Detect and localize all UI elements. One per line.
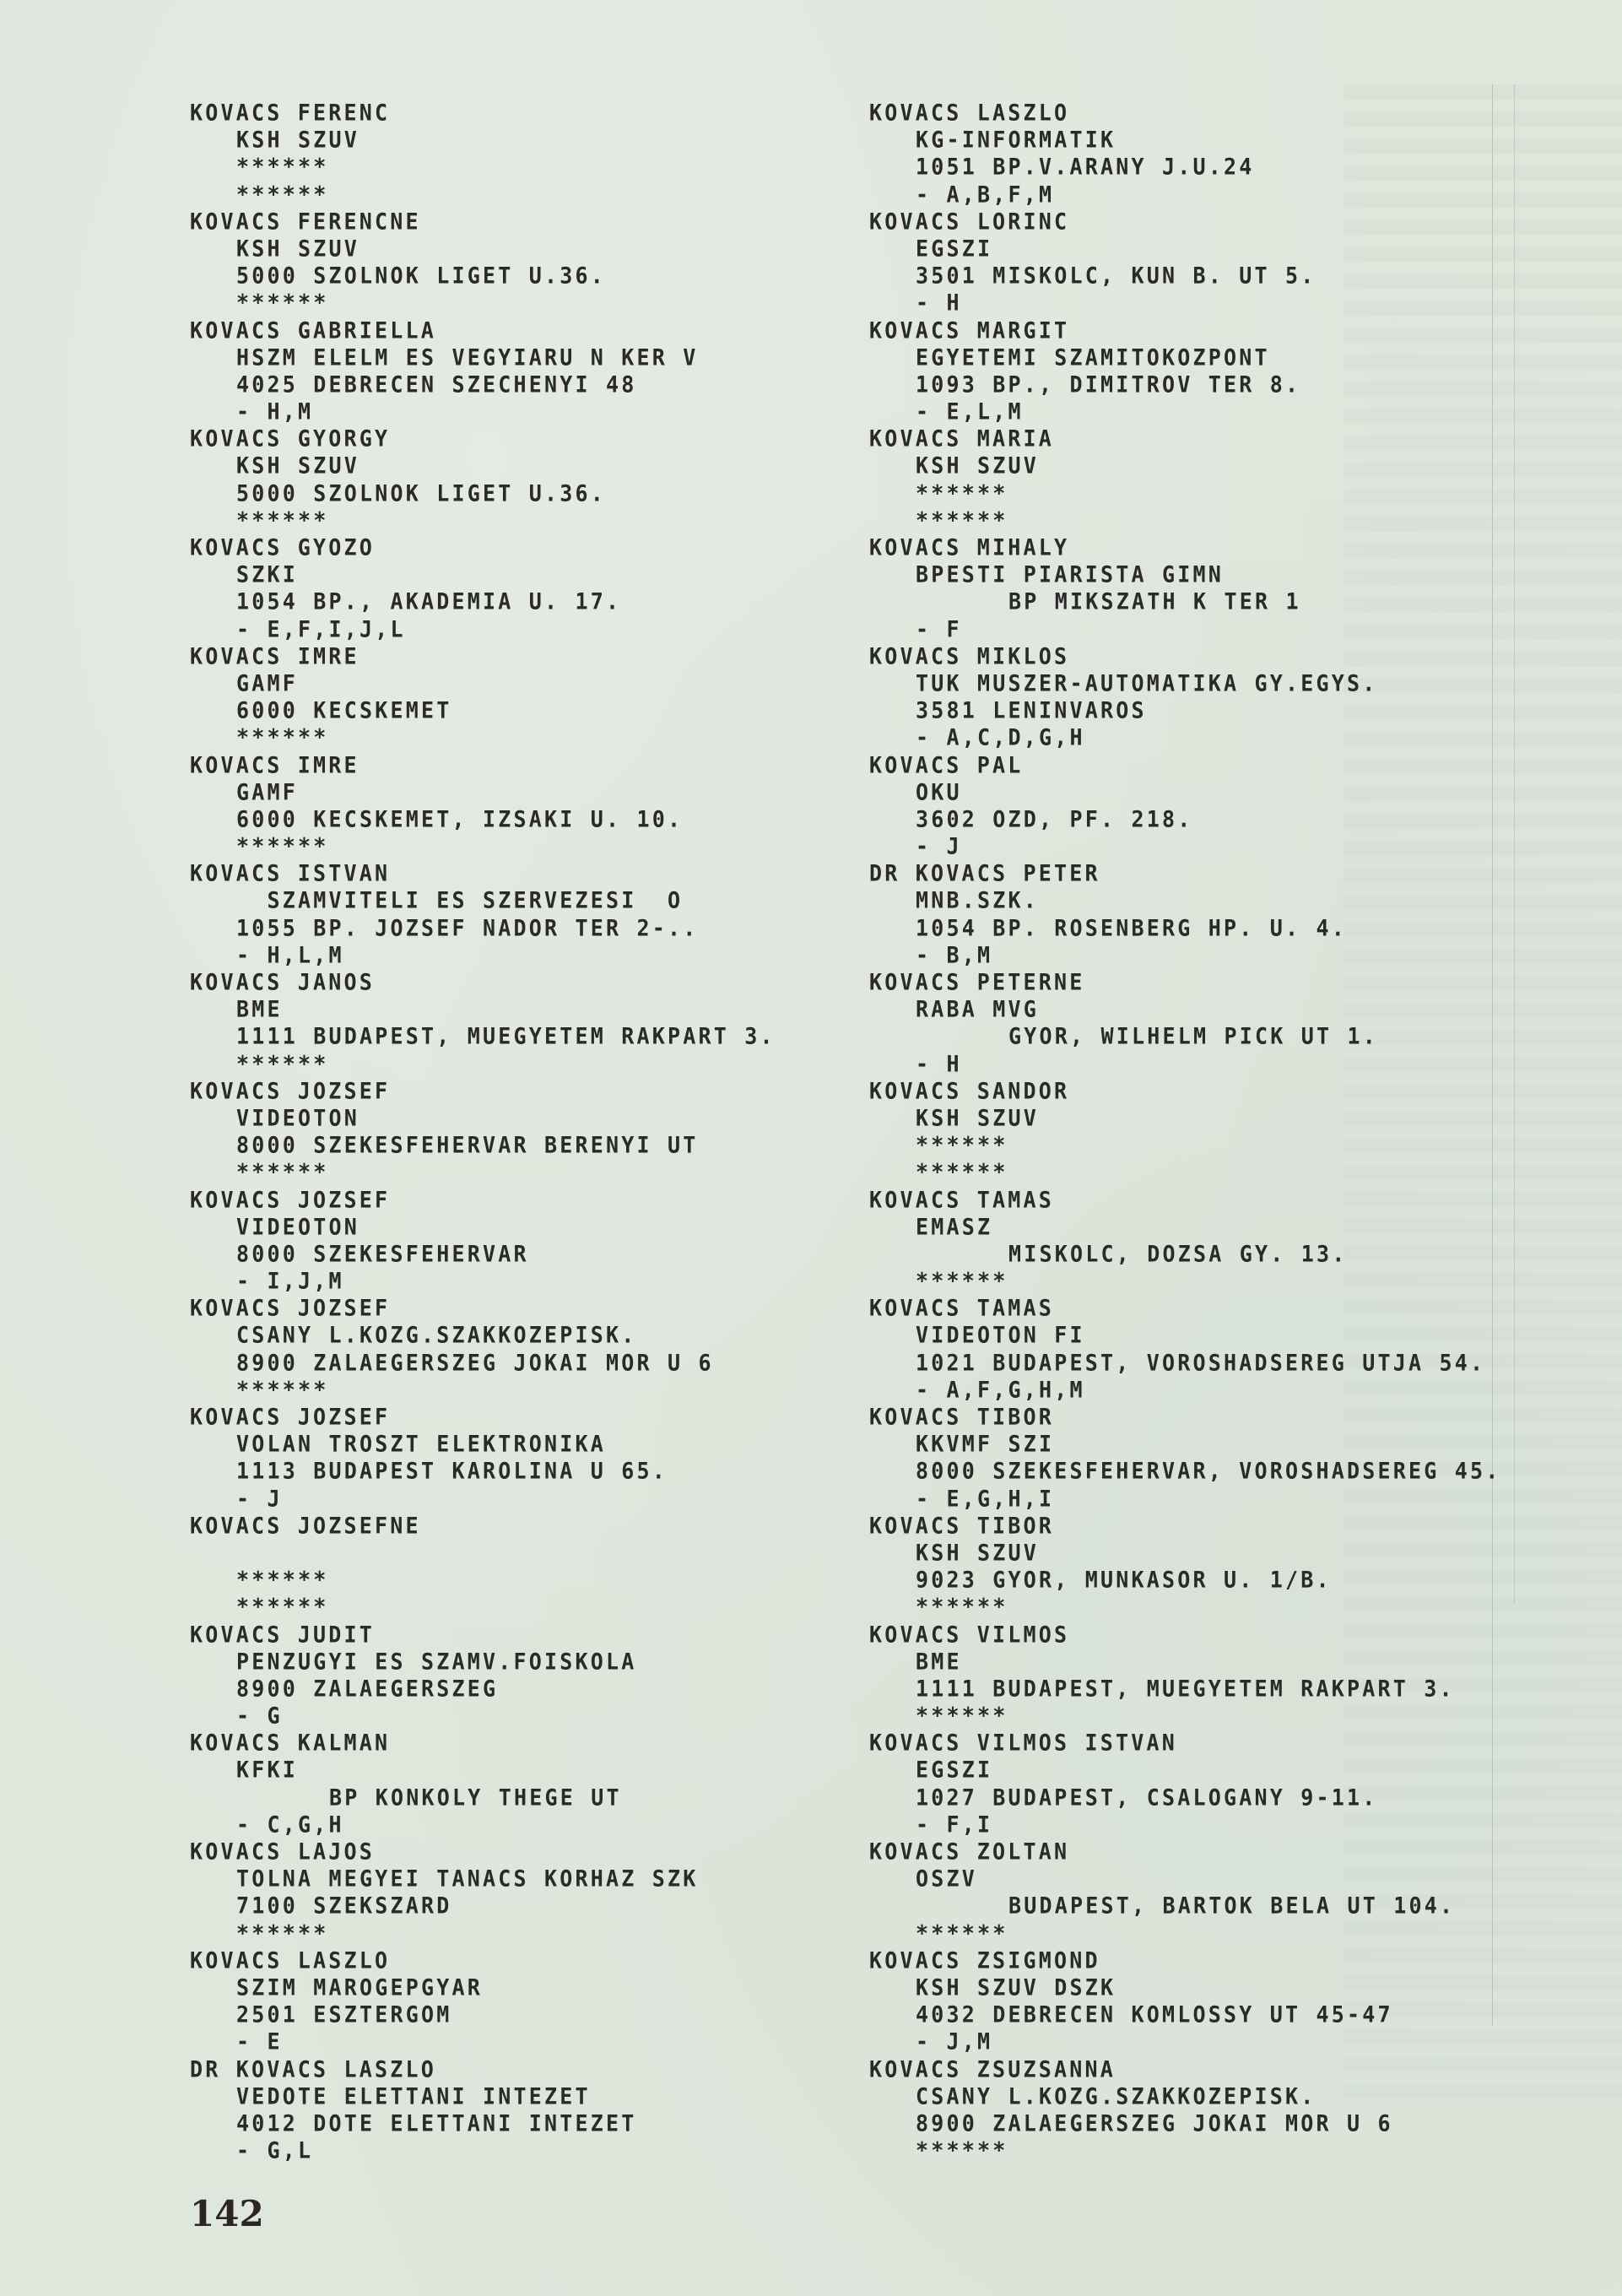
entry-detail: MISKOLC, DOZSA GY. 13. <box>869 1240 1544 1269</box>
entry-detail: ****** <box>190 1920 848 1948</box>
entry-detail: ****** <box>190 154 848 182</box>
entry-detail: - E,G,H,I <box>869 1485 1544 1514</box>
entry-detail: KSH SZUV DSZK <box>869 1974 1544 2002</box>
entry-detail: GAMF <box>190 669 848 698</box>
directory-column-left: KOVACS FERENCKSH SZUV************KOVACS … <box>190 100 848 2164</box>
entry-detail: 1054 BP. ROSENBERG HP. U. 4. <box>869 914 1544 943</box>
entry-detail: ****** <box>869 479 1544 508</box>
entry-detail: EGSZI <box>869 235 1544 263</box>
entry-detail: ****** <box>190 181 848 209</box>
entry-detail: 8000 SZEKESFEHERVAR <box>190 1240 848 1269</box>
entry-name: KOVACS IMRE <box>190 642 848 671</box>
entry-name: KOVACS TIBOR <box>869 1512 1544 1541</box>
entry-name: KOVACS MIHALY <box>869 533 1544 562</box>
entry-name: KOVACS FERENC <box>190 99 848 127</box>
directory-column-right: KOVACS LASZLOKG-INFORMATIK1051 BP.V.ARAN… <box>869 100 1544 2164</box>
entry-name: KOVACS JOZSEF <box>190 1294 848 1323</box>
entry-detail: 1021 BUDAPEST, VOROSHADSEREG UTJA 54. <box>869 1349 1544 1378</box>
entry-detail: 2501 ESZTERGOM <box>190 2001 848 2029</box>
entry-detail: 1051 BP.V.ARANY J.U.24 <box>869 154 1544 182</box>
entry-detail: TUK MUSZER-AUTOMATIKA GY.EGYS. <box>869 669 1544 698</box>
entry-detail: 4025 DEBRECEN SZECHENYI 48 <box>190 371 848 399</box>
entry-detail: MNB.SZK. <box>869 887 1544 916</box>
entry-detail: 8000 SZEKESFEHERVAR BERENYI UT <box>190 1131 848 1160</box>
entry-detail: 1111 BUDAPEST, MUEGYETEM RAKPART 3. <box>190 1023 848 1052</box>
entry-detail: 1113 BUDAPEST KAROLINA U 65. <box>190 1458 848 1486</box>
entry-detail: BPESTI PIARISTA GIMN <box>869 560 1544 589</box>
entry-detail: BUDAPEST, BARTOK BELA UT 104. <box>869 1893 1544 1921</box>
entry-detail: - G,L <box>190 2136 848 2165</box>
entry-detail: KSH SZUV <box>190 235 848 263</box>
entry-detail: - G <box>190 1702 848 1730</box>
entry-name: KOVACS LASZLO <box>190 1947 848 1975</box>
entry-name: KOVACS ZOLTAN <box>869 1838 1544 1866</box>
entry-detail: ****** <box>190 1050 848 1079</box>
entry-detail: ****** <box>869 1267 1544 1296</box>
entry-detail: - I,J,M <box>190 1267 848 1296</box>
entry-name: KOVACS TAMAS <box>869 1186 1544 1215</box>
entry-detail: 7100 SZEKSZARD <box>190 1893 848 1921</box>
entry-name: KOVACS KALMAN <box>190 1729 848 1757</box>
entry-name: KOVACS TAMAS <box>869 1294 1544 1323</box>
entry-detail: BP MIKSZATH K TER 1 <box>869 588 1544 617</box>
entry-detail: HSZM ELELM ES VEGYIARU N KER V <box>190 344 848 372</box>
entry-detail: - F,I <box>869 1811 1544 1839</box>
entry-name: KOVACS LASZLO <box>869 99 1544 127</box>
entry-name: KOVACS GYORGY <box>190 425 848 453</box>
entry-detail: - C,G,H <box>190 1811 848 1839</box>
entry-detail: VIDEOTON <box>190 1213 848 1242</box>
entry-detail: VIDEOTON <box>190 1104 848 1133</box>
entry-detail: 1111 BUDAPEST, MUEGYETEM RAKPART 3. <box>869 1675 1544 1703</box>
entry-detail: - E,F,I,J,L <box>190 615 848 644</box>
entry-name: KOVACS ZSUZSANNA <box>869 2055 1544 2084</box>
entry-detail: 4012 DOTE ELETTANI INTEZET <box>190 2109 848 2138</box>
entry-name: KOVACS PETERNE <box>869 968 1544 997</box>
entry-detail: - H,M <box>190 398 848 426</box>
entry-detail: 5000 SZOLNOK LIGET U.36. <box>190 479 848 508</box>
entry-name: KOVACS ISTVAN <box>190 859 848 888</box>
entry-detail: BP KONKOLY THEGE UT <box>190 1784 848 1812</box>
entry-detail: RABA MVG <box>869 995 1544 1024</box>
entry-detail: ****** <box>190 1566 848 1595</box>
entry-detail: KSH SZUV <box>190 452 848 481</box>
entry-name: KOVACS FERENCNE <box>190 208 848 236</box>
entry-detail: GYOR, WILHELM PICK UT 1. <box>869 1023 1544 1052</box>
entry-name: KOVACS PAL <box>869 751 1544 780</box>
entry-detail: TOLNA MEGYEI TANACS KORHAZ SZK <box>190 1865 848 1893</box>
entry-detail: ****** <box>190 1159 848 1188</box>
entry-name: KOVACS GABRIELLA <box>190 317 848 345</box>
page-number: 142 <box>190 2193 264 2234</box>
entry-detail: KG-INFORMATIK <box>869 126 1544 154</box>
entry-name: KOVACS MARIA <box>869 425 1544 453</box>
entry-name: KOVACS JOZSEF <box>190 1403 848 1432</box>
entry-detail: KSH SZUV <box>869 1104 1544 1133</box>
entry-name: KOVACS GYOZO <box>190 533 848 562</box>
entry-detail: - H <box>869 290 1544 318</box>
entry-detail: ****** <box>869 2136 1544 2165</box>
entry-name: KOVACS JOZSEFNE <box>190 1512 848 1541</box>
entry-detail: - E,L,M <box>869 398 1544 426</box>
entry-detail: 8000 SZEKESFEHERVAR, VOROSHADSEREG 45. <box>869 1458 1544 1486</box>
entry-name: KOVACS SANDOR <box>869 1077 1544 1106</box>
entry-detail: 6000 KECSKEMET, IZSAKI U. 10. <box>190 805 848 834</box>
entry-detail: 1093 BP., DIMITROV TER 8. <box>869 371 1544 399</box>
entry-detail: - J <box>190 1485 848 1514</box>
entry-detail: EMASZ <box>869 1213 1544 1242</box>
entry-detail: VIDEOTON FI <box>869 1322 1544 1351</box>
entry-name: KOVACS ZSIGMOND <box>869 1947 1544 1975</box>
entry-detail: ****** <box>869 1702 1544 1730</box>
entry-detail: SZIM MAROGEPGYAR <box>190 1974 848 2002</box>
entry-detail: ****** <box>190 1376 848 1405</box>
entry-detail: 1055 BP. JOZSEF NADOR TER 2-.. <box>190 914 848 943</box>
entry-detail: 3501 MISKOLC, KUN B. UT 5. <box>869 262 1544 290</box>
entry-detail: - H,L,M <box>190 941 848 970</box>
entry-detail: 3581 LENINVAROS <box>869 696 1544 725</box>
entry-detail: - J <box>869 832 1544 861</box>
entry-detail: OKU <box>869 778 1544 807</box>
entry-detail: ****** <box>190 832 848 861</box>
entry-name: DR KOVACS LASZLO <box>190 2055 848 2084</box>
entry-name: KOVACS LAJOS <box>190 1838 848 1866</box>
entry-detail: KSH SZUV <box>869 1539 1544 1568</box>
entry-detail: - A,B,F,M <box>869 181 1544 209</box>
entry-name: KOVACS VILMOS <box>869 1621 1544 1649</box>
entry-detail: EGYETEMI SZAMITOKOZPONT <box>869 344 1544 372</box>
entry-detail: KSH SZUV <box>190 126 848 154</box>
entry-name: KOVACS JANOS <box>190 968 848 997</box>
entry-name: KOVACS TIBOR <box>869 1403 1544 1432</box>
entry-detail: - F <box>869 615 1544 644</box>
entry-name: KOVACS VILMOS ISTVAN <box>869 1729 1544 1757</box>
entry-name: KOVACS JOZSEF <box>190 1077 848 1106</box>
entry-detail: ****** <box>190 1594 848 1622</box>
entry-detail: 9023 GYOR, MUNKASOR U. 1/B. <box>869 1566 1544 1595</box>
entry-detail: 3602 OZD, PF. 218. <box>869 805 1544 834</box>
entry-detail: BME <box>190 995 848 1024</box>
entry-detail: KFKI <box>190 1757 848 1785</box>
entry-name: KOVACS IMRE <box>190 751 848 780</box>
entry-detail: ****** <box>190 506 848 535</box>
entry-detail: - J,M <box>869 2028 1544 2057</box>
entry-detail: ****** <box>869 1920 1544 1948</box>
entry-detail: ****** <box>869 1131 1544 1160</box>
entry-name: KOVACS JOZSEF <box>190 1186 848 1215</box>
entry-name: KOVACS LORINC <box>869 208 1544 236</box>
entry-detail: - E <box>190 2028 848 2057</box>
entry-detail: - B,M <box>869 941 1544 970</box>
entry-name: DR KOVACS PETER <box>869 859 1544 888</box>
entry-detail: KSH SZUV <box>869 452 1544 481</box>
entry-detail: CSANY L.KOZG.SZAKKOZEPISK. <box>869 2082 1544 2111</box>
entry-detail: 5000 SZOLNOK LIGET U.36. <box>190 262 848 290</box>
entry-name: KOVACS MIKLOS <box>869 642 1544 671</box>
entry-detail: ****** <box>869 1594 1544 1622</box>
entry-detail: ****** <box>190 724 848 753</box>
entry-name: KOVACS JUDIT <box>190 1621 848 1649</box>
entry-detail: - A,C,D,G,H <box>869 724 1544 753</box>
entry-detail: GAMF <box>190 778 848 807</box>
entry-detail: BME <box>869 1648 1544 1676</box>
entry-detail: SZAMVITELI ES SZERVEZESI O <box>190 887 848 916</box>
entry-detail: ****** <box>869 1159 1544 1188</box>
entry-detail: 8900 ZALAEGERSZEG JOKAI MOR U 6 <box>190 1349 848 1378</box>
entry-detail: SZKI <box>190 560 848 589</box>
entry-detail: 4032 DEBRECEN KOMLOSSY UT 45-47 <box>869 2001 1544 2029</box>
entry-detail: PENZUGYI ES SZAMV.FOISKOLA <box>190 1648 848 1676</box>
blank-line <box>190 1539 848 1568</box>
entry-detail: EGSZI <box>869 1757 1544 1785</box>
entry-detail: KKVMF SZI <box>869 1430 1544 1459</box>
entry-detail: VEDOTE ELETTANI INTEZET <box>190 2082 848 2111</box>
entry-detail: 8900 ZALAEGERSZEG JOKAI MOR U 6 <box>869 2109 1544 2138</box>
entry-detail: ****** <box>869 506 1544 535</box>
entry-detail: - A,F,G,H,M <box>869 1376 1544 1405</box>
entry-detail: 6000 KECSKEMET <box>190 696 848 725</box>
entry-detail: 1054 BP., AKADEMIA U. 17. <box>190 588 848 617</box>
entry-detail: 1027 BUDAPEST, CSALOGANY 9-11. <box>869 1784 1544 1812</box>
entry-detail: 8900 ZALAEGERSZEG <box>190 1675 848 1703</box>
entry-detail: OSZV <box>869 1865 1544 1893</box>
entry-detail: CSANY L.KOZG.SZAKKOZEPISK. <box>190 1322 848 1351</box>
entry-detail: ****** <box>190 290 848 318</box>
entry-detail: VOLAN TROSZT ELEKTRONIKA <box>190 1430 848 1459</box>
entry-detail: - H <box>869 1050 1544 1079</box>
entry-name: KOVACS MARGIT <box>869 317 1544 345</box>
